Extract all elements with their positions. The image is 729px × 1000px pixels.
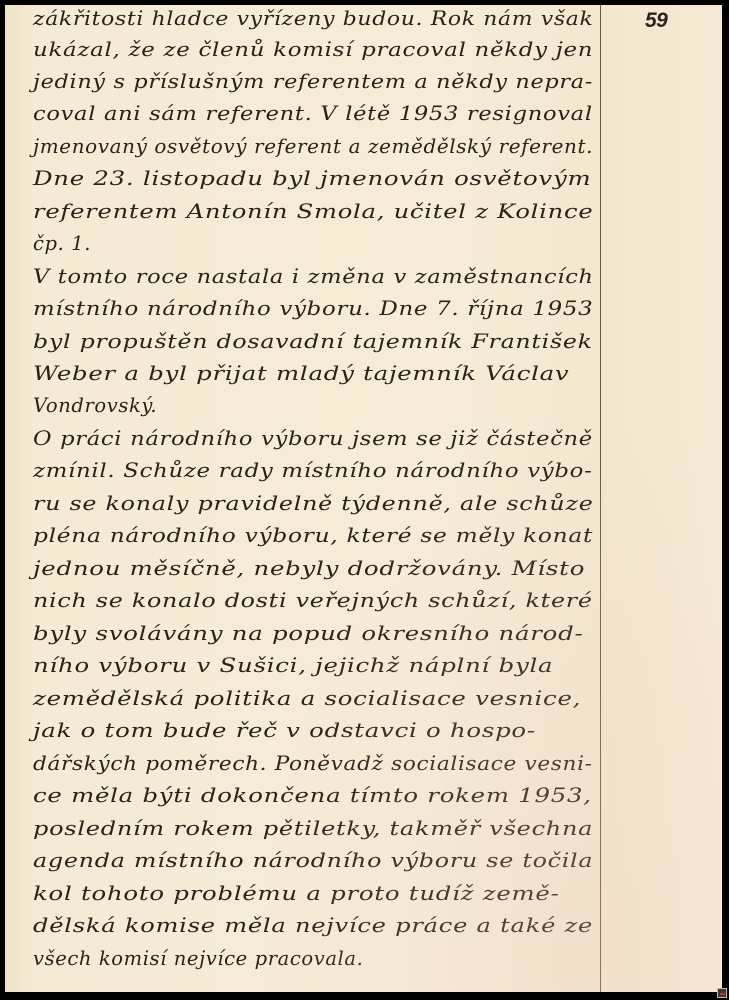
text-line: jmenovaný osvětový referent a zemědělský…	[33, 135, 593, 158]
text-line: ce měla býti dokončena tímto rokem 1953,	[33, 784, 592, 807]
text-line: coval ani sám referent. V létě 1953 resi…	[33, 102, 593, 125]
minimize-icon[interactable]	[717, 988, 727, 998]
text-line: ukázal, že ze členů komisí pracoval někd…	[33, 38, 593, 61]
text-line: zákřitosti hladce vyřízeny budou. Rok ná…	[33, 7, 593, 30]
page-number: 59	[645, 9, 667, 33]
text-line: jediný s příslušným referentem a někdy n…	[33, 70, 593, 93]
text-line: zmínil. Schůze rady místního národního v…	[33, 459, 593, 482]
text-line: všech komisí nejvíce pracovala.	[33, 947, 363, 970]
text-line: pléna národního výboru, které se měly ko…	[33, 524, 593, 547]
text-line: Vondrovský.	[33, 394, 157, 417]
text-line: místního národního výboru. Dne 7. října …	[33, 297, 593, 320]
text-line: referentem Antonín Smola, učitel z Kolin…	[33, 200, 593, 223]
text-line: byly svolávány na popud okresního národ-	[33, 622, 583, 645]
text-line: Weber a byl přijat mladý tajemník Václav	[33, 362, 569, 385]
text-line: jednou měsíčně, nebyly dodržovány. Místo	[33, 557, 585, 580]
margin-rule	[600, 5, 601, 992]
text-line: byl propuštěn dosavadní tajemník Františ…	[33, 330, 593, 353]
text-line: Dne 23. listopadu byl jmenován osvětovým	[33, 167, 591, 190]
text-line: zemědělská politika a socialisace vesnic…	[33, 687, 581, 710]
text-line: O práci národního výboru jsem se již čás…	[33, 427, 593, 450]
text-line: jak o tom bude řeč v odstavci o hospo-	[33, 719, 536, 742]
text-line: agenda místního národního výboru se toči…	[33, 849, 593, 872]
text-line: dělská komise měla nejvíce práce a také …	[33, 914, 593, 937]
text-line: V tomto roce nastala i změna v zaměstnan…	[33, 265, 594, 288]
text-line: dářských poměrech. Poněvadž socialisace …	[33, 752, 593, 775]
text-line: nich se konalo dosti veřejných schůzí, k…	[33, 589, 593, 612]
manuscript-page: 59 zákřitosti hladce vyřízeny budou. Rok…	[5, 5, 722, 992]
text-line: posledním rokem pětiletky, takměř všechn…	[33, 817, 593, 840]
text-line: ru se konaly pravidelně týdenně, ale sch…	[33, 492, 594, 515]
text-line: kol tohoto problému a proto tudíž země-	[33, 882, 560, 905]
text-line: ního výboru v Sušici, jejichž náplní byl…	[33, 654, 553, 677]
text-line: čp. 1.	[33, 232, 91, 255]
